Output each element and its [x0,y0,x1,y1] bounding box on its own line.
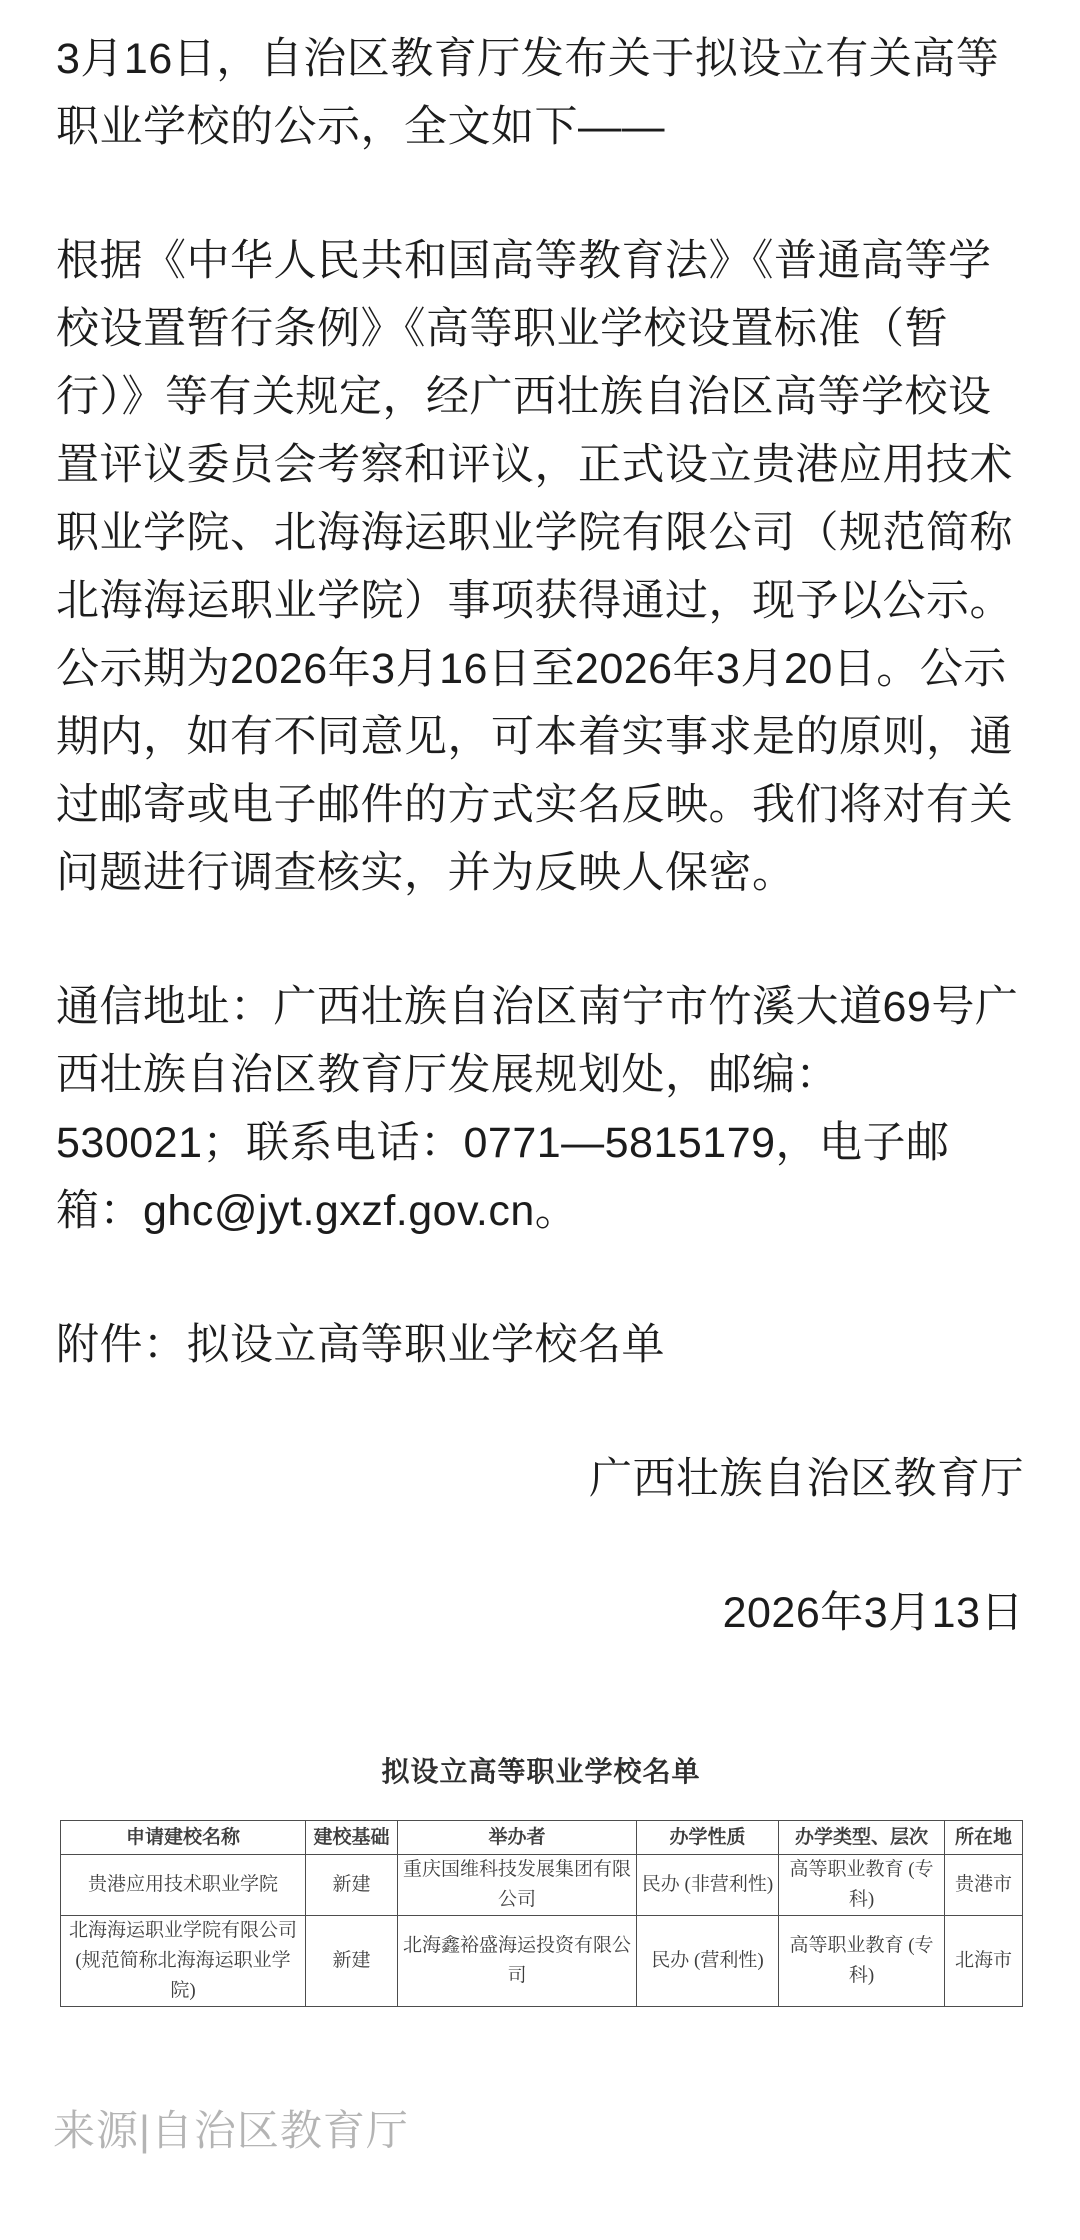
table-cell-type-level: 高等职业教育 (专科) [779,1855,945,1916]
table-cell-location: 贵港市 [945,1855,1023,1916]
table-header-cell-organizer: 举办者 [398,1821,637,1855]
table-cell-basis: 新建 [306,1855,398,1916]
source-credit: 来源|自治区教育厅 [53,2103,1024,2159]
table-cell-school-name: 贵港应用技术职业学院 [61,1855,306,1916]
table-row: 北海海运职业学院有限公司 (规范简称北海海运职业学院) 新建 北海鑫裕盛海运投资… [61,1916,1023,2007]
paragraph-contact-info: 通信地址：广西壮族自治区南宁市竹溪大道69号广西壮族自治区教育厅发展规划处，邮编… [56,973,1024,1245]
table-cell-basis: 新建 [306,1916,398,2007]
attachment-title: 拟设立高等职业学校名单 [60,1751,1022,1795]
article-page: 3月16日，自治区教育厅发布关于拟设立有关高等职业学校的公示，全文如下—— 根据… [0,0,1080,2240]
table-cell-nature: 民办 (营利性) [637,1916,779,2007]
table-header-cell-type-level: 办学类型、层次 [779,1821,945,1855]
table-cell-location: 北海市 [945,1916,1023,2007]
paragraph-announcement: 根据《中华人民共和国高等教育法》《普通高等学校设置暂行条例》《高等职业学校设置标… [56,227,1024,907]
table-cell-type-level: 高等职业教育 (专科) [779,1916,945,2007]
table-header-cell-basis: 建校基础 [306,1821,398,1855]
paragraph-attachment-note: 附件：拟设立高等职业学校名单 [56,1311,1024,1379]
table-cell-organizer: 北海鑫裕盛海运投资有限公司 [398,1916,637,2007]
table-row: 贵港应用技术职业学院 新建 重庆国维科技发展集团有限公司 民办 (非营利性) 高… [61,1855,1023,1916]
table-cell-school-name: 北海海运职业学院有限公司 (规范简称北海海运职业学院) [61,1916,306,2007]
attachment-table: 申请建校名称 建校基础 举办者 办学性质 办学类型、层次 所在地 贵港应用技术职… [60,1820,1023,2007]
table-header-row: 申请建校名称 建校基础 举办者 办学性质 办学类型、层次 所在地 [61,1821,1023,1855]
table-cell-nature: 民办 (非营利性) [637,1855,779,1916]
table-header-cell-school-name: 申请建校名称 [61,1821,306,1855]
table-header-cell-nature: 办学性质 [637,1821,779,1855]
paragraph-intro: 3月16日，自治区教育厅发布关于拟设立有关高等职业学校的公示，全文如下—— [56,25,1024,161]
table-cell-organizer: 重庆国维科技发展集团有限公司 [398,1855,637,1916]
signature-issuer: 广西壮族自治区教育厅 [56,1445,1024,1513]
table-header-cell-location: 所在地 [945,1821,1023,1855]
attachment-document: 拟设立高等职业学校名单 申请建校名称 建校基础 举办者 办学性质 办学类型、层次… [56,1751,1024,2007]
signature-date: 2026年3月13日 [56,1579,1024,1647]
article-body: 3月16日，自治区教育厅发布关于拟设立有关高等职业学校的公示，全文如下—— 根据… [56,25,1024,2159]
